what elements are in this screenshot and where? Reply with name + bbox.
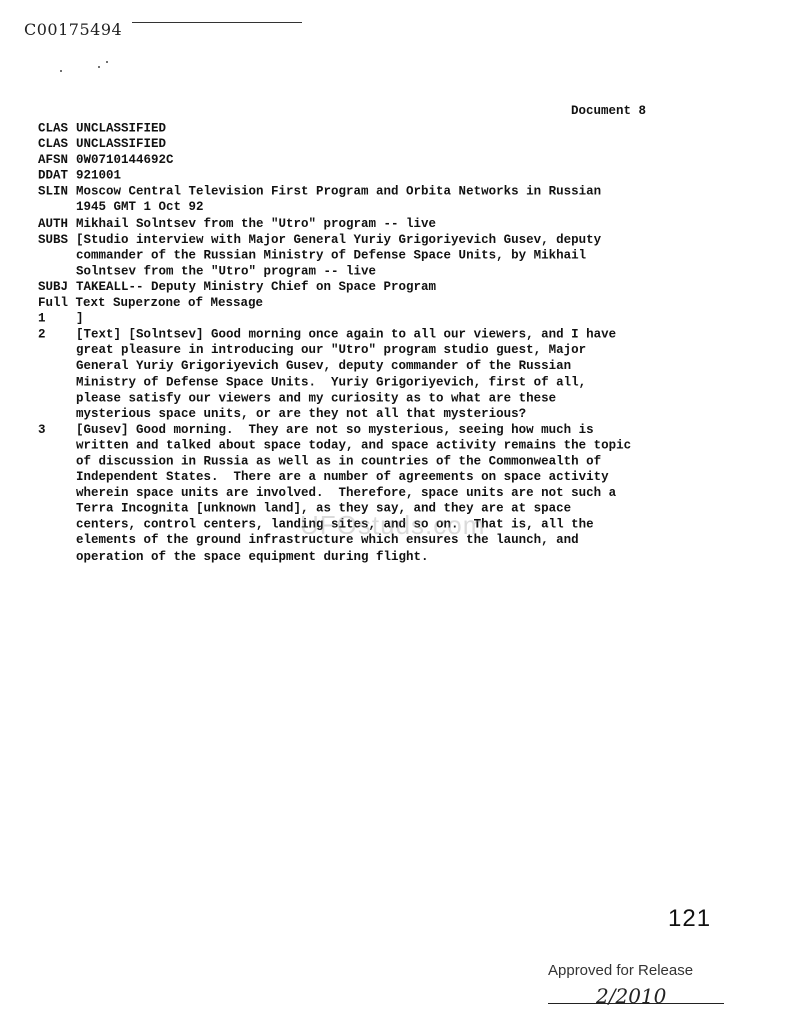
paragraph-text: [Gusev] Good morning. They are not so my… bbox=[76, 422, 658, 565]
paragraph-number: 1 bbox=[38, 311, 76, 327]
field-row: CLASUNCLASSIFIED bbox=[38, 121, 658, 137]
field-row: SUBJTAKEALL-- Deputy Ministry Chief on S… bbox=[38, 279, 658, 295]
scan-speck bbox=[106, 61, 108, 63]
handwritten-page-number: 121 bbox=[668, 905, 711, 933]
field-key: SUBJ bbox=[38, 279, 76, 295]
watermark: UFOstuds.com bbox=[300, 510, 485, 541]
field-row: AUTHMikhail Solntsev from the "Utro" pro… bbox=[38, 216, 658, 232]
field-value: UNCLASSIFIED bbox=[76, 121, 658, 137]
field-key: CLAS bbox=[38, 121, 76, 137]
paragraph: 1] bbox=[38, 311, 658, 327]
field-value: TAKEALL-- Deputy Ministry Chief on Space… bbox=[76, 279, 658, 295]
paragraph: 3[Gusev] Good morning. They are not so m… bbox=[38, 422, 658, 565]
field-row: SUBS[Studio interview with Major General… bbox=[38, 232, 658, 280]
field-row: SLINMoscow Central Television First Prog… bbox=[38, 184, 658, 216]
field-key: CLAS bbox=[38, 137, 76, 153]
message-body: CLASUNCLASSIFIED CLASUNCLASSIFIED AFSN0W… bbox=[38, 121, 658, 565]
paragraph-number: 3 bbox=[38, 422, 76, 565]
full-text-label: Full Text Superzone of Message bbox=[38, 295, 658, 311]
field-row: AFSN0W0710144692C bbox=[38, 153, 658, 169]
field-value: Moscow Central Television First Program … bbox=[76, 184, 658, 216]
approved-for-release-label: Approved for Release bbox=[548, 962, 693, 979]
field-key: AUTH bbox=[38, 216, 76, 232]
scan-speck bbox=[98, 66, 100, 68]
field-row: CLASUNCLASSIFIED bbox=[38, 137, 658, 153]
approval-date: 2/2010 bbox=[596, 984, 666, 1008]
field-value: 921001 bbox=[76, 169, 658, 185]
paragraph-number: 2 bbox=[38, 327, 76, 422]
field-value: Mikhail Solntsev from the "Utro" program… bbox=[76, 216, 658, 232]
field-key: SUBS bbox=[38, 232, 76, 280]
field-key: DDAT bbox=[38, 169, 76, 185]
paragraph-text: [Text] [Solntsev] Good morning once agai… bbox=[76, 327, 658, 422]
header-rule bbox=[132, 22, 302, 23]
document-number-label: Document 8 bbox=[571, 104, 646, 118]
document-control-number: C00175494 bbox=[24, 20, 122, 39]
signature-line bbox=[548, 1003, 724, 1004]
field-key: SLIN bbox=[38, 184, 76, 216]
scan-speck bbox=[60, 70, 62, 72]
paragraph: 2[Text] [Solntsev] Good morning once aga… bbox=[38, 327, 658, 422]
field-value: [Studio interview with Major General Yur… bbox=[76, 232, 658, 280]
field-value: UNCLASSIFIED bbox=[76, 137, 658, 153]
field-value: 0W0710144692C bbox=[76, 153, 658, 169]
paragraph-text: ] bbox=[76, 311, 658, 327]
field-row: DDAT921001 bbox=[38, 169, 658, 185]
field-key: AFSN bbox=[38, 153, 76, 169]
